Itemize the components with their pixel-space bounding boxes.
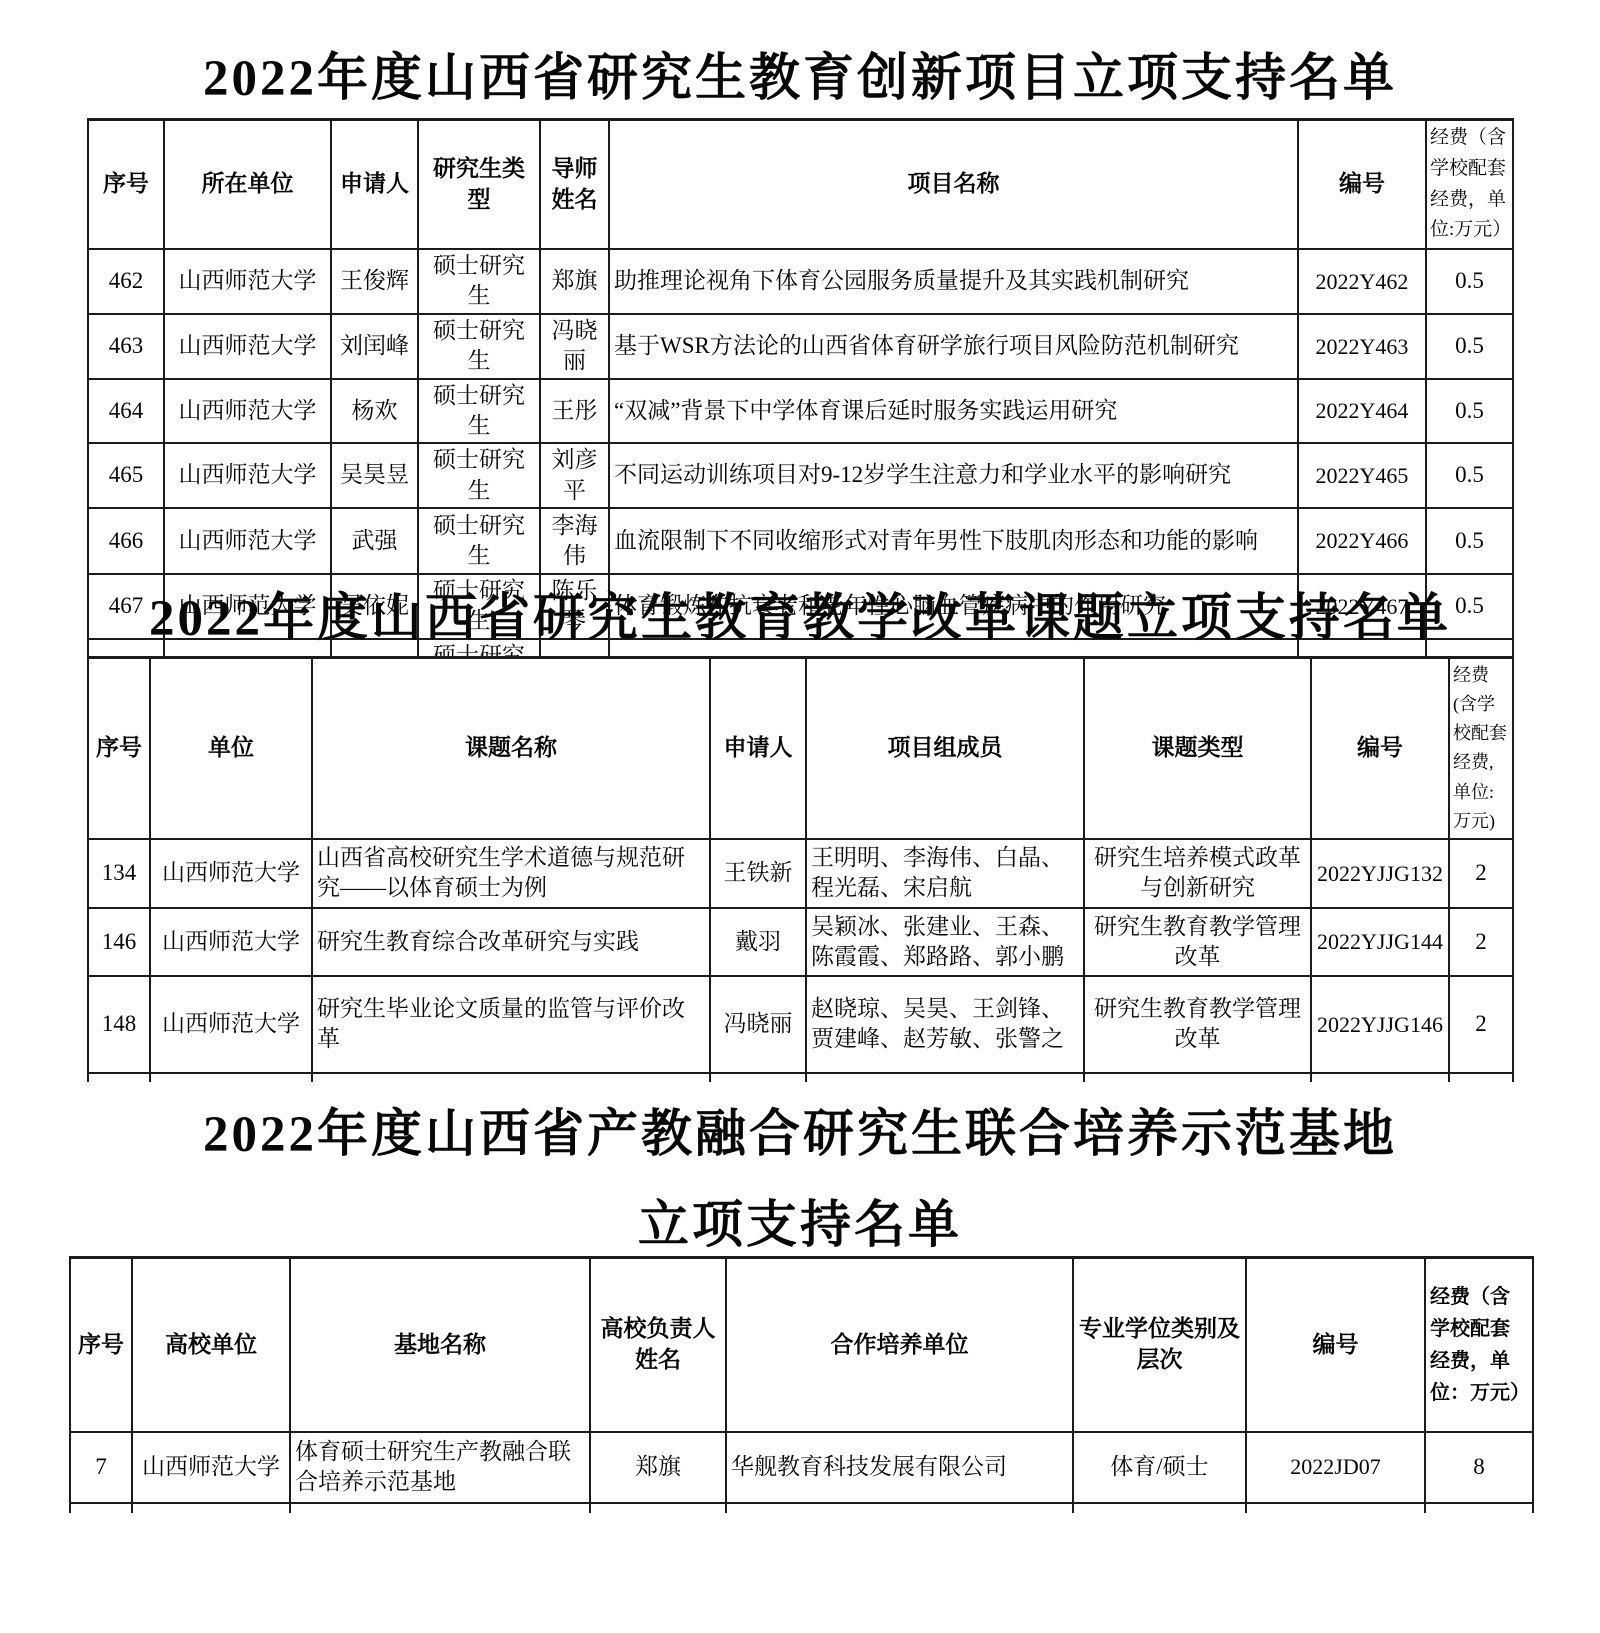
table-cell: “双减”背景下中学体育课后延时服务实践运用研究 (609, 379, 1298, 444)
table-cell: 研究生教育综合改革研究与实践 (312, 908, 710, 976)
table-3-title-line1: 2022年度山西省产教融合研究生联合培养示范基地 (0, 1090, 1600, 1181)
header-row: 序号 高校单位 基地名称 高校负责人姓名 合作培养单位 专业学位类别及层次 编号… (70, 1258, 1533, 1432)
table-cell (88, 1073, 150, 1082)
table-cell: 463 (88, 314, 164, 379)
table-1-title: 2022年度山西省研究生教育创新项目立项支持名单 (0, 36, 1600, 110)
table-cell: 武强 (331, 508, 418, 574)
table-cell: 研究生毕业论文质量的监管与评价改革 (312, 976, 710, 1073)
table-cell (1449, 1073, 1513, 1082)
table-cell: 0.5 (1426, 249, 1513, 314)
table-cell (132, 1503, 290, 1513)
table-cell: 不同运动训练项目对9-12岁学生注意力和学业水平的影响研究 (609, 443, 1298, 508)
document-page: 2022年度山西省研究生教育创新项目立项支持名单 序号 所在单位 申请人 研究生… (0, 0, 1600, 1633)
header-cell-fee: 经费（含学校配套经费，单位：万元） (1425, 1258, 1533, 1432)
table-cell: 2022YJJG132 (1311, 839, 1449, 908)
table-cell: 464 (88, 379, 164, 444)
table-cell: 0.5 (1426, 508, 1513, 574)
table-cell: 赵晓琼、吴昊、王剑锋、贾建峰、赵芳敏、张警之 (806, 976, 1084, 1073)
header-cell: 序号 (88, 658, 150, 839)
header-cell: 序号 (70, 1258, 132, 1432)
table-2-title: 2022年度山西省研究生教育教学改革课题立项支持名单 (0, 576, 1600, 650)
table-cell: 王彤 (540, 379, 609, 444)
table-row: 134 山西师范大学 山西省高校研究生学术道德与规范研究——以体育硕士为例 王铁… (88, 839, 1513, 908)
stub-row (70, 1503, 1533, 1513)
header-cell: 专业学位类别及层次 (1073, 1258, 1246, 1432)
table-cell: 山西师范大学 (150, 908, 312, 976)
table-cell: 刘彦平 (540, 443, 609, 508)
header-cell: 研究生类型 (418, 120, 540, 250)
table-cell: 2 (1449, 839, 1513, 908)
table-cell: 7 (70, 1432, 132, 1503)
header-cell: 编号 (1298, 120, 1426, 250)
table-cell: 硕士研究生 (418, 443, 540, 508)
table-row: 464 山西师范大学 杨欢 硕士研究生 王彤 “双减”背景下中学体育课后延时服务… (88, 379, 1513, 444)
table-cell: 466 (88, 508, 164, 574)
table-cell: 山西省高校研究生学术道德与规范研究——以体育硕士为例 (312, 839, 710, 908)
table-cell: 研究生教育教学管理改革 (1084, 976, 1311, 1073)
table-cell: 134 (88, 839, 150, 908)
table-cell: 0.5 (1426, 314, 1513, 379)
table-cell: 8 (1425, 1432, 1533, 1503)
table-row: 465 山西师范大学 吴昊昱 硕士研究生 刘彦平 不同运动训练项目对9-12岁学… (88, 443, 1513, 508)
header-row: 序号 所在单位 申请人 研究生类型 导师姓名 项目名称 编号 经费（含学校配套经… (88, 120, 1513, 250)
table-cell (1073, 1503, 1246, 1513)
header-cell-fee: 经费（含学校配套经费，单位:万元） (1426, 120, 1513, 250)
header-cell: 项目组成员 (806, 658, 1084, 839)
table-cell: 146 (88, 908, 150, 976)
table-cell: 山西师范大学 (164, 443, 331, 508)
table-row: 146 山西师范大学 研究生教育综合改革研究与实践 戴羽 吴颖冰、张建业、王森、… (88, 908, 1513, 976)
header-cell: 课题类型 (1084, 658, 1311, 839)
table-cell: 王俊辉 (331, 249, 418, 314)
table-cell: 2022YJJG146 (1311, 976, 1449, 1073)
header-cell: 基地名称 (290, 1258, 590, 1432)
table-cell (150, 1073, 312, 1082)
table-cell (312, 1073, 710, 1082)
table-cell (70, 1503, 132, 1513)
table-cell: 2 (1449, 908, 1513, 976)
header-cell: 申请人 (331, 120, 418, 250)
table-cell: 硕士研究生 (418, 379, 540, 444)
teaching-reform-table: 序号 单位 课题名称 申请人 项目组成员 课题类型 编号 经费(含学校配套经费,… (87, 656, 1514, 1082)
table-cell: 杨欢 (331, 379, 418, 444)
table-cell: 2022Y463 (1298, 314, 1426, 379)
table-cell: 基于WSR方法论的山西省体育研学旅行项目风险防范机制研究 (609, 314, 1298, 379)
table-cell: 山西师范大学 (132, 1432, 290, 1503)
table-row: 462 山西师范大学 王俊辉 硕士研究生 郑旗 助推理论视角下体育公园服务质量提… (88, 249, 1513, 314)
header-cell: 高校单位 (132, 1258, 290, 1432)
table-cell: 郑旗 (540, 249, 609, 314)
table-cell: 0.5 (1426, 379, 1513, 444)
table-row: 463 山西师范大学 刘闰峰 硕士研究生 冯晓丽 基于WSR方法论的山西省体育研… (88, 314, 1513, 379)
table-cell: 硕士研究生 (418, 508, 540, 574)
table-row: 466 山西师范大学 武强 硕士研究生 李海伟 血流限制下不同收缩形式对青年男性… (88, 508, 1513, 574)
table-cell: 冯晓丽 (540, 314, 609, 379)
table-3-title: 2022年度山西省产教融合研究生联合培养示范基地 立项支持名单 (0, 1090, 1600, 1272)
table-cell (710, 1073, 806, 1082)
table-cell: 2022YJJG144 (1311, 908, 1449, 976)
table-cell: 2022Y465 (1298, 443, 1426, 508)
table-cell (1246, 1503, 1425, 1513)
table-cell: 465 (88, 443, 164, 508)
header-cell-fee: 经费(含学校配套经费,单位:万元) (1449, 658, 1513, 839)
table-cell: 王明明、李海伟、白晶、程光磊、宋启航 (806, 839, 1084, 908)
table-cell (1425, 1503, 1533, 1513)
header-cell: 导师姓名 (540, 120, 609, 250)
header-cell: 编号 (1311, 658, 1449, 839)
table-cell (1311, 1073, 1449, 1082)
header-row: 序号 单位 课题名称 申请人 项目组成员 课题类型 编号 经费(含学校配套经费,… (88, 658, 1513, 839)
table-cell: 462 (88, 249, 164, 314)
table-cell: 2022JD07 (1246, 1432, 1425, 1503)
table-cell: 山西师范大学 (150, 839, 312, 908)
stub-row (88, 1073, 1513, 1082)
table-cell: 体育硕士研究生产教融合联合培养示范基地 (290, 1432, 590, 1503)
table-cell: 戴羽 (710, 908, 806, 976)
table-cell: 2022Y466 (1298, 508, 1426, 574)
table-cell: 郑旗 (590, 1432, 726, 1503)
table-cell: 2 (1449, 976, 1513, 1073)
table-cell: 华舰教育科技发展有限公司 (726, 1432, 1073, 1503)
header-cell: 所在单位 (164, 120, 331, 250)
header-cell: 单位 (150, 658, 312, 839)
table-cell: 研究生培养模式政革与创新研究 (1084, 839, 1311, 908)
table-cell: 山西师范大学 (164, 508, 331, 574)
table-cell: 山西师范大学 (150, 976, 312, 1073)
table-row: 7 山西师范大学 体育硕士研究生产教融合联合培养示范基地 郑旗 华舰教育科技发展… (70, 1432, 1533, 1503)
table-cell (1084, 1073, 1311, 1082)
table-cell: 冯晓丽 (710, 976, 806, 1073)
header-cell: 申请人 (710, 658, 806, 839)
table-cell: 助推理论视角下体育公园服务质量提升及其实践机制研究 (609, 249, 1298, 314)
header-cell: 项目名称 (609, 120, 1298, 250)
joint-training-base-table: 序号 高校单位 基地名称 高校负责人姓名 合作培养单位 专业学位类别及层次 编号… (69, 1256, 1534, 1513)
table-cell: 研究生教育教学管理改革 (1084, 908, 1311, 976)
table-cell: 王铁新 (710, 839, 806, 908)
table-row: 148 山西师范大学 研究生毕业论文质量的监管与评价改革 冯晓丽 赵晓琼、吴昊、… (88, 976, 1513, 1073)
table-cell: 吴颖冰、张建业、王森、陈霞霞、郑路路、郭小鹏 (806, 908, 1084, 976)
table-cell: 山西师范大学 (164, 314, 331, 379)
header-cell: 编号 (1246, 1258, 1425, 1432)
table-cell: 148 (88, 976, 150, 1073)
table-cell: 0.5 (1426, 443, 1513, 508)
table-cell: 2022Y462 (1298, 249, 1426, 314)
table-cell: 体育/硕士 (1073, 1432, 1246, 1503)
table-cell (726, 1503, 1073, 1513)
header-cell: 高校负责人姓名 (590, 1258, 726, 1432)
table-cell: 吴昊昱 (331, 443, 418, 508)
table-cell: 2022Y464 (1298, 379, 1426, 444)
table-cell: 硕士研究生 (418, 249, 540, 314)
table-cell (806, 1073, 1084, 1082)
table-cell: 山西师范大学 (164, 249, 331, 314)
table-cell: 硕士研究生 (418, 314, 540, 379)
table-cell: 李海伟 (540, 508, 609, 574)
header-cell: 课题名称 (312, 658, 710, 839)
header-cell: 合作培养单位 (726, 1258, 1073, 1432)
table-cell: 山西师范大学 (164, 379, 331, 444)
header-cell: 序号 (88, 120, 164, 250)
table-cell: 刘闰峰 (331, 314, 418, 379)
table-cell (290, 1503, 590, 1513)
table-cell (590, 1503, 726, 1513)
table-cell: 血流限制下不同收缩形式对青年男性下肢肌肉形态和功能的影响 (609, 508, 1298, 574)
